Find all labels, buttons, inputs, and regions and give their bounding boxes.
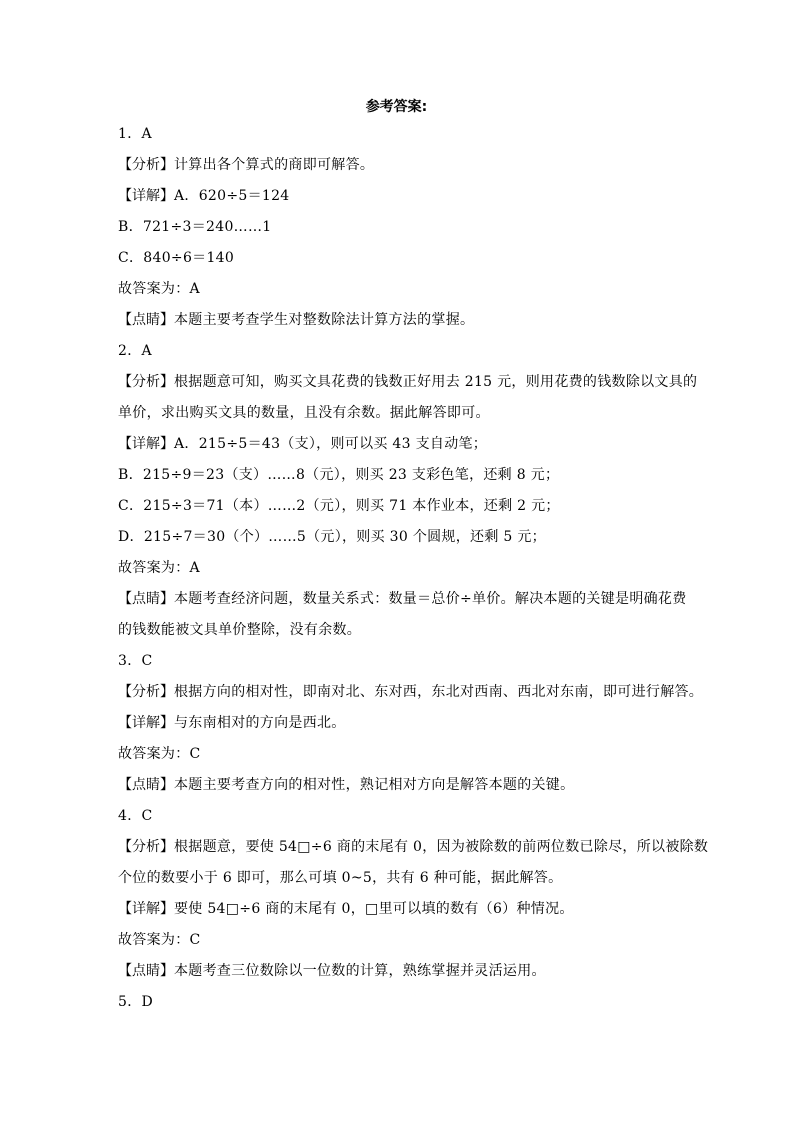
text-line: C．840÷6＝140	[118, 248, 688, 279]
analysis-line: 【分析】根据题意，要使 54□÷6 商的末尾有 0，因为被除数的前两位数已除尽，…	[118, 837, 688, 868]
answer-line: 故答案为：A	[118, 558, 688, 589]
analysis-line: 【分析】根据题意可知，购买文具花费的钱数正好用去 215 元，则用花费的钱数除以…	[118, 372, 688, 403]
analysis-tag: 【分析】	[118, 374, 174, 390]
comment-tag: 【点睛】	[118, 777, 174, 793]
analysis-tag: 【分析】	[118, 157, 174, 173]
detail-line: 【详解】与东南相对的方向是西北。	[118, 713, 688, 744]
comment-tag: 【点睛】	[118, 963, 174, 979]
document-page: 参考答案: 1．A 【分析】计算出各个算式的商即可解答。 【详解】A．620÷5…	[0, 0, 793, 1122]
question-number: 2．A	[118, 341, 688, 372]
question-number: 1．A	[118, 124, 688, 155]
analysis-line: 【分析】根据方向的相对性，即南对北、东对西，东北对西南、西北对东南，即可进行解答…	[118, 682, 688, 713]
analysis-tag: 【分析】	[118, 684, 174, 700]
text-line: D．215÷7＝30（个）……5（元），则买 30 个圆规，还剩 5 元；	[118, 527, 688, 558]
answer-key-body: 参考答案: 1．A 【分析】计算出各个算式的商即可解答。 【详解】A．620÷5…	[118, 96, 688, 1023]
text-line: 单价，求出购买文具的数量，且没有余数。据此解答即可。	[118, 403, 688, 434]
detail-tag: 【详解】	[118, 901, 174, 917]
comment-line: 【点睛】本题主要考查学生对整数除法计算方法的掌握。	[118, 310, 688, 341]
comment-tag: 【点睛】	[118, 312, 174, 328]
detail-tag: 【详解】	[118, 188, 174, 204]
page-title: 参考答案:	[118, 96, 675, 118]
text-line: B．215÷9＝23（支）……8（元），则买 23 支彩色笔，还剩 8 元；	[118, 465, 688, 496]
comment-tag: 【点睛】	[118, 591, 174, 607]
text-line: 的钱数能被文具单价整除，没有余数。	[118, 620, 688, 651]
answer-line: 故答案为：A	[118, 279, 688, 310]
question-number: 3．C	[118, 651, 688, 682]
answer-line: 故答案为：C	[118, 744, 688, 775]
question-number: 5．D	[118, 992, 688, 1023]
question-number: 4．C	[118, 806, 688, 837]
analysis-line: 【分析】计算出各个算式的商即可解答。	[118, 155, 688, 186]
comment-line: 【点睛】本题考查三位数除以一位数的计算，熟练掌握并灵活运用。	[118, 961, 688, 992]
text-line: 个位的数要小于 6 即可，那么可填 0~5，共有 6 种可能，据此解答。	[118, 868, 688, 899]
detail-line: 【详解】要使 54□÷6 商的末尾有 0，□里可以填的数有（6）种情况。	[118, 899, 688, 930]
detail-line: 【详解】A．215÷5＝43（支），则可以买 43 支自动笔；	[118, 434, 688, 465]
detail-tag: 【详解】	[118, 715, 174, 731]
text-line: C．215÷3＝71（本）……2（元），则买 71 本作业本，还剩 2 元；	[118, 496, 688, 527]
analysis-tag: 【分析】	[118, 839, 174, 855]
comment-line: 【点睛】本题考查经济问题，数量关系式：数量＝总价÷单价。解决本题的关键是明确花费	[118, 589, 688, 620]
answer-line: 故答案为：C	[118, 930, 688, 961]
detail-tag: 【详解】	[118, 436, 174, 452]
comment-line: 【点睛】本题主要考查方向的相对性，熟记相对方向是解答本题的关键。	[118, 775, 688, 806]
detail-line: 【详解】A．620÷5＝124	[118, 186, 688, 217]
text-line: B．721÷3＝240……1	[118, 217, 688, 248]
